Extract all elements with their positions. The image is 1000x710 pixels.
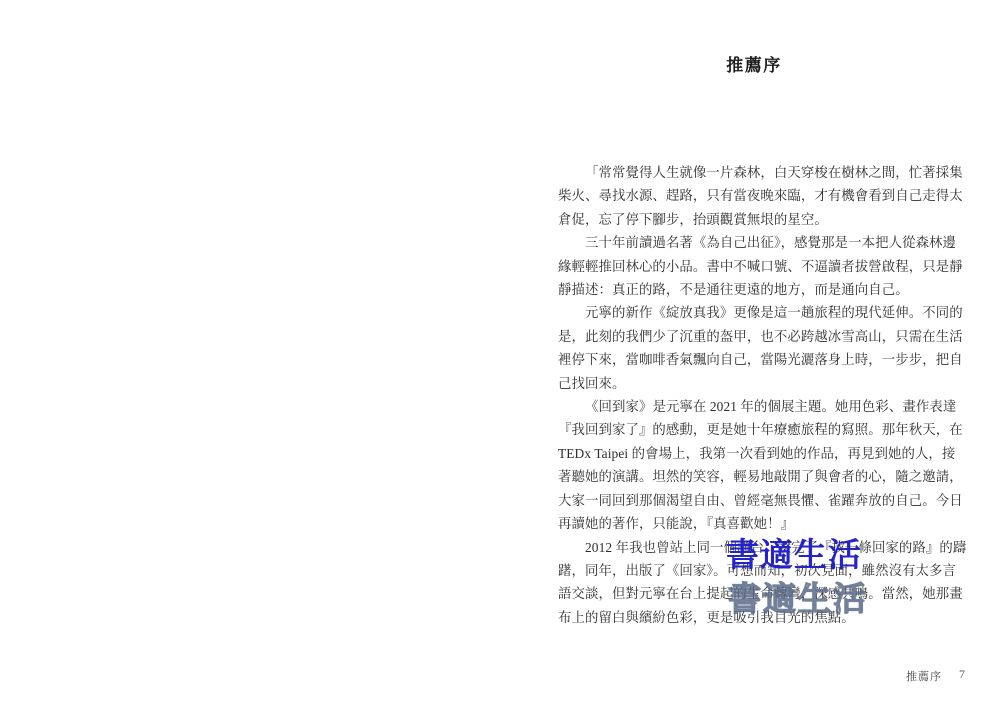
body-line: 著聽她的演講。坦然的笑容，輕易地敲開了與會者的心，隨之邀請， bbox=[558, 465, 958, 488]
body-line: 倉促，忘了停下腳步，抬頭觀賞無垠的星空。 bbox=[558, 208, 958, 231]
chapter-title: 推薦序 bbox=[558, 51, 950, 76]
watermark-outline: 書適生活 bbox=[728, 573, 868, 620]
footer-page-number: 7 bbox=[959, 667, 965, 682]
body-line: 是，此刻的我們少了沉重的盔甲，也不必跨越冰雪高山，只需在生活 bbox=[558, 325, 958, 348]
body-line: 己找回來。 bbox=[558, 372, 958, 395]
body-line: 柴火、尋找水源、趕路，只有當夜晚來臨，才有機會看到自己走得太 bbox=[558, 184, 958, 207]
footer-chapter-label: 推薦序 bbox=[906, 668, 942, 684]
body-line: 三十年前讀過名著《為自己出征》，感覺那是一本把人從森林邊 bbox=[558, 231, 958, 254]
body-line: 「常常覺得人生就像一片森林，白天穿梭在樹林之間，忙著採集 bbox=[558, 161, 958, 184]
body-line: 緣輕輕推回林心的小品。書中不喊口號、不逼讀者拔營啟程，只是靜 bbox=[558, 255, 958, 278]
watermark-solid: 書適生活 bbox=[726, 529, 862, 576]
body-line: 裡停下來，當咖啡香氣飄向自己，當陽光灑落身上時，一步步，把自 bbox=[558, 348, 958, 371]
book-page-spread: 推薦序 「常常覺得人生就像一片森林，白天穿梭在樹林之間，忙著採集 柴火、尋找水源… bbox=[0, 0, 1000, 710]
body-line: 靜描述：真正的路，不是通往更遠的地方，而是通向自己。 bbox=[558, 278, 958, 301]
body-line: 《回到家》是元寧在 2021 年的個展主題。她用色彩、畫作表達 bbox=[558, 395, 958, 418]
body-line: 『我回到家了』的感動，更是她十年療癒旅程的寫照。那年秋天，在 bbox=[558, 418, 958, 441]
body-line: TEDx Taipei 的會場上，我第一次看到她的作品，再見到她的人，接 bbox=[558, 442, 958, 465]
body-line: 元寧的新作《綻放真我》更像是這一趟旅程的現代延伸。不同的 bbox=[558, 301, 958, 324]
body-line: 大家一同回到那個渴望自由、曾經毫無畏懼、雀躍奔放的自己。今日 bbox=[558, 489, 958, 512]
